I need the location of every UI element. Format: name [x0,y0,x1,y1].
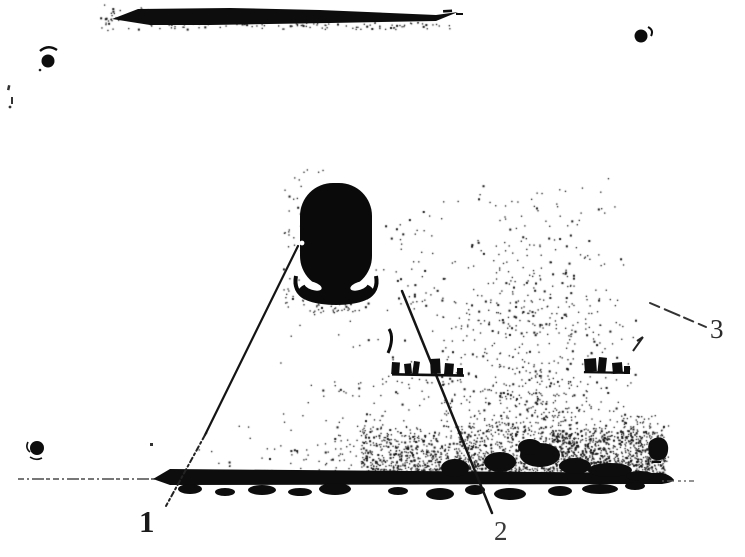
callout-label-2: 2 [494,518,508,545]
callout-label-1: 1 [139,506,155,537]
figure-shapes-layer [0,0,745,557]
registration-dot-top-left [39,47,57,71]
blob-bottom-right [648,437,668,463]
handwritten-mark-right [584,337,643,374]
baseline-band [18,439,694,500]
pen-tick-mark [633,337,643,351]
top-streak-mark [112,8,463,25]
leader-line-3 [650,303,706,327]
dark-capsule-object [295,183,376,305]
registration-dot-top-right [635,27,653,43]
callout-label-3: 3 [710,316,724,343]
band-splatter [178,439,654,500]
leader-line-1 [205,246,298,435]
registration-dot-bottom-left [27,441,44,459]
figure-canvas: 1 2 3 [0,0,745,557]
page-edge-marks [7,85,153,446]
